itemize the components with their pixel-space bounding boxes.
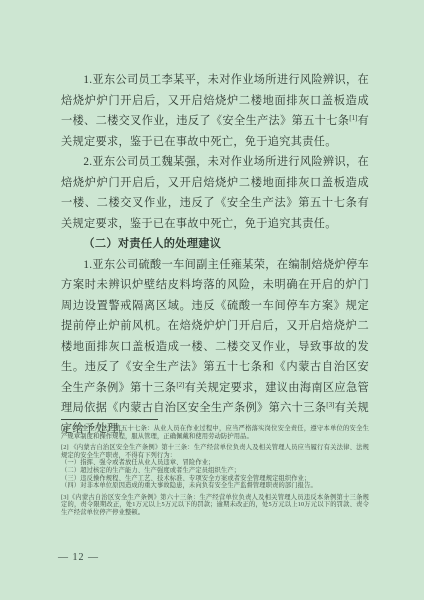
document-page: 1.亚东公司员工李某平，未对作业场所进行风险辨识，在焙烧炉炉门开启后，又开启焙烧… (0, 0, 424, 600)
footnote-section: [1]《安全生产法》第五十七条：从业人员在作业过程中，应当严格落实岗位安全责任，… (61, 419, 369, 517)
paragraph-text: 1.亚东公司硫酸一车间副主任雍某荣，在编制焙烧炉停车方案时未辨识炉壁结皮料垮落的… (61, 259, 369, 394)
footnote-3: [3]《内蒙古自治区安全生产条例》第六十三条：生产经营单位负责人及相关管理人员违… (61, 494, 369, 517)
body-paragraph-2: 2.亚东公司员工魏某强，未对作业场所进行风险辨识，在焙烧炉炉门开启后，又开启焙烧… (61, 152, 369, 234)
footnote-2-item-4: （四）对非本单位原因造成的重大事故隐患，未向负有安全生产监督管理职责的部门报告。 (61, 482, 369, 490)
footnote-separator (61, 419, 158, 420)
footnote-2-item-2: （二）超过核定的生产能力、生产强度或者生产定员组织生产； (61, 467, 369, 475)
footnote-1: [1]《安全生产法》第五十七条：从业人员在作业过程中，应当严格落实岗位安全责任，… (61, 425, 369, 440)
footnote-2-item-1: （一）指挥、强令或者放任从业人员违章、冒险作业； (61, 459, 369, 467)
body-paragraph-1: 1.亚东公司员工李某平，未对作业场所进行风险辨识，在焙烧炉炉门开启后，又开启焙烧… (61, 70, 369, 152)
paragraph-text: 2.亚东公司员工魏某强，未对作业场所进行风险辨识，在焙烧炉炉门开启后，又开启焙烧… (61, 156, 369, 230)
paragraph-text: 1.亚东公司员工李某平，未对作业场所进行风险辨识，在焙烧炉炉门开启后，又开启焙烧… (61, 74, 369, 127)
page-number: — 12 — (58, 552, 99, 563)
body-paragraph-3: 1.亚东公司硫酸一车间副主任雍某荣，在编制焙烧炉停车方案时未辨识炉壁结皮料垮落的… (61, 255, 369, 440)
footnote-2-intro: [2] 《内蒙古自治区安全生产条例》第十三条：生产经营单位负责人及相关管理人员应… (61, 444, 369, 459)
section-heading: （二）对责任人的处理建议 (61, 234, 369, 255)
document-body: 1.亚东公司员工李某平，未对作业场所进行风险辨识，在焙烧炉炉门开启后，又开启焙烧… (61, 70, 369, 439)
